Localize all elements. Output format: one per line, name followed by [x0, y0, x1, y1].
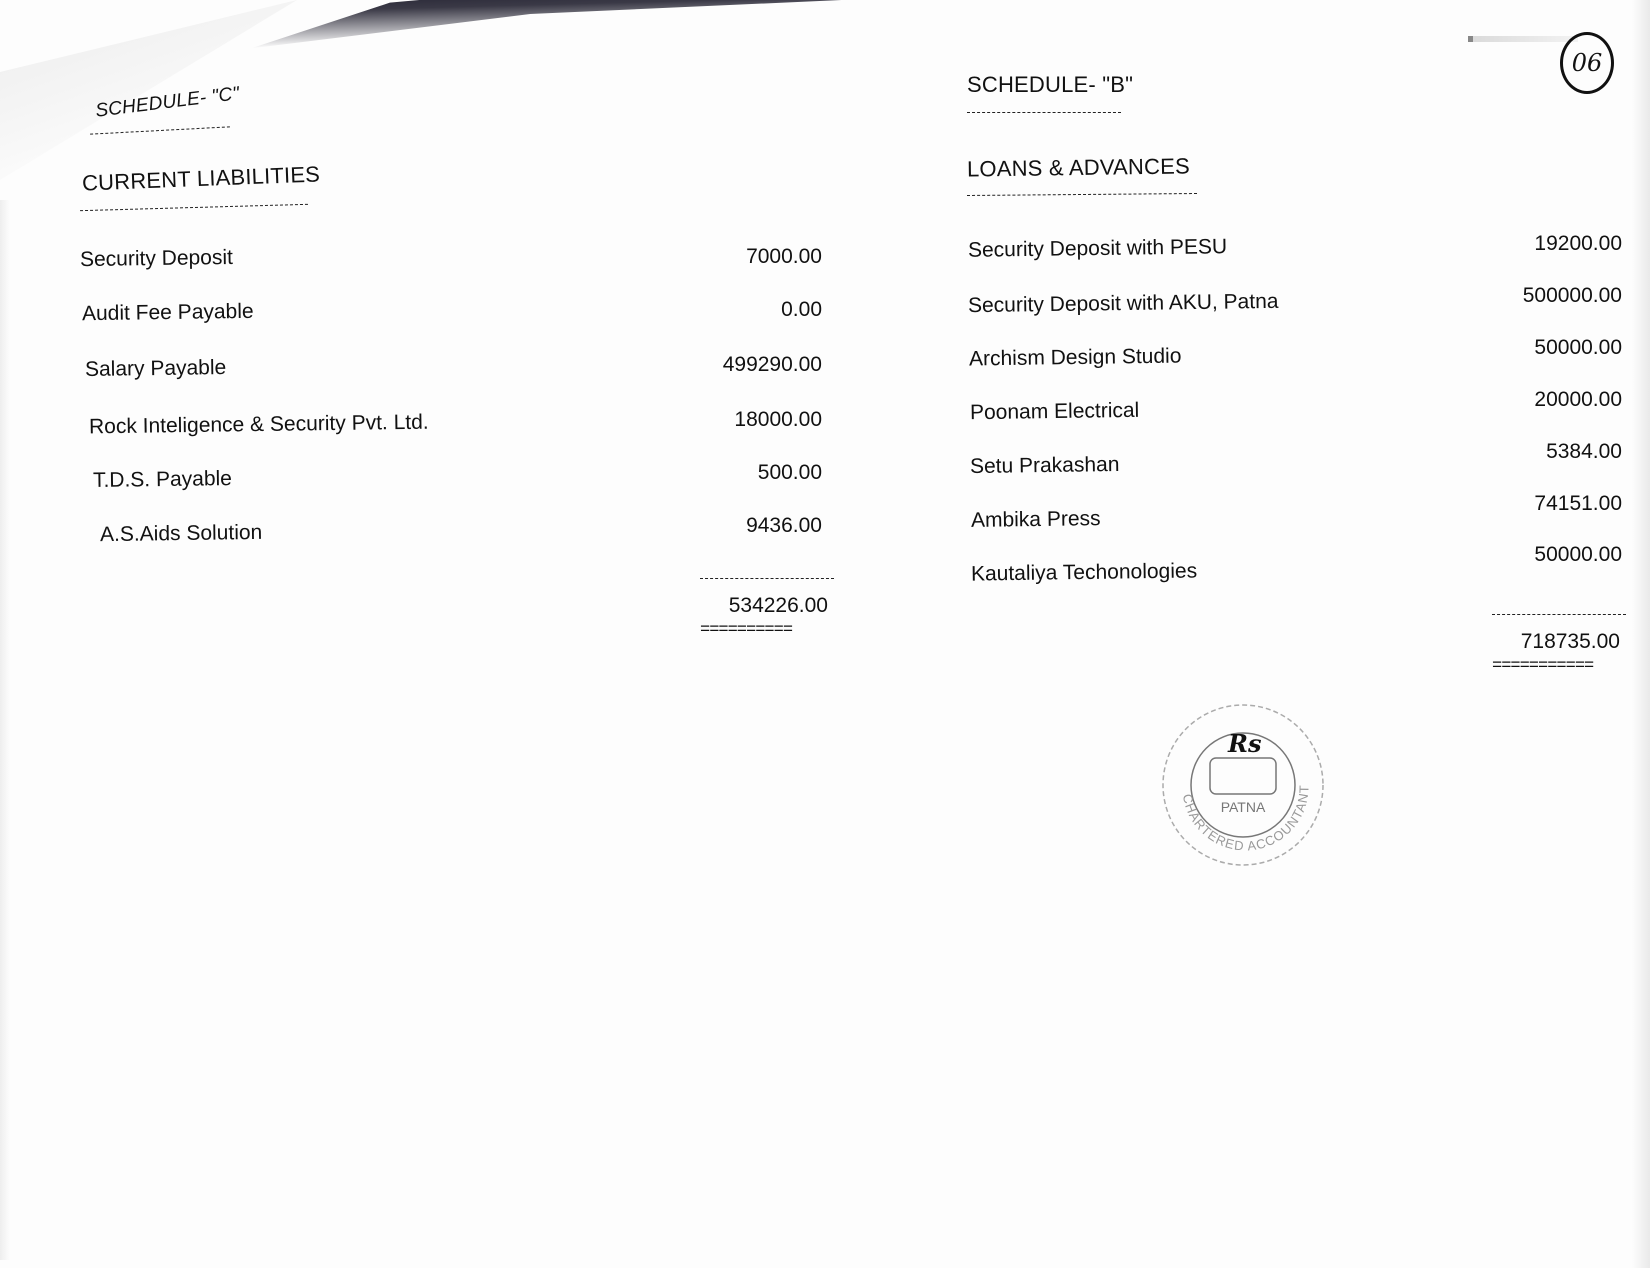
page-number: 06: [1572, 49, 1603, 77]
line-item-amount: 50000.00: [1482, 544, 1622, 565]
line-item-label: Setu Prakashan: [970, 454, 1120, 477]
schedule-c-total-rule: [700, 578, 834, 579]
line-item-amount: 0.00: [682, 299, 822, 320]
schedule-b-title: SCHEDULE- "B": [967, 74, 1133, 96]
line-item-amount: 500000.00: [1482, 285, 1622, 306]
schedule-b-heading-underline: [967, 193, 1197, 196]
line-item-amount: 19200.00: [1482, 233, 1622, 254]
schedule-c-title-underline: [90, 126, 230, 134]
line-item-amount: 9436.00: [682, 515, 822, 536]
line-item-label: Ambika Press: [971, 508, 1101, 531]
line-item-label: Security Deposit with AKU, Patna: [968, 291, 1279, 316]
line-item-amount: 50000.00: [1482, 337, 1622, 358]
schedule-c-total: 534226.00: [700, 595, 828, 616]
line-item-label: Rock Inteligence & Security Pvt. Ltd.: [89, 412, 429, 438]
page-number-circle: 06: [1560, 32, 1614, 94]
top-edge-shadow: [249, 0, 1650, 48]
left-page-edge: [0, 200, 10, 1260]
line-item-amount: 20000.00: [1482, 389, 1622, 410]
line-item-label: Audit Fee Payable: [82, 301, 254, 324]
stamp-text: CHARTERED ACCOUNTANTS: [1158, 700, 1312, 854]
line-item-label: T.D.S. Payable: [93, 468, 232, 491]
schedule-b-heading: LOANS & ADVANCES: [967, 155, 1190, 180]
svg-text:CHARTERED ACCOUNTANTS: CHARTERED ACCOUNTANTS: [1158, 700, 1312, 854]
line-item-amount: 5384.00: [1482, 441, 1622, 462]
schedule-b-title-underline: [967, 112, 1121, 113]
schedule-c-heading-underline: [80, 204, 308, 211]
schedule-c-heading: CURRENT LIABILITIES: [82, 163, 321, 194]
ca-seal-stamp: PATNA CHARTERED ACCOUNTANTS Rs: [1158, 700, 1328, 870]
schedule-b-total-rule: [1492, 614, 1626, 615]
line-item-amount: 18000.00: [682, 409, 822, 430]
line-item-label: Archism Design Studio: [969, 346, 1182, 370]
schedule-c-total-underline: ==========: [700, 622, 792, 639]
stamp-city: PATNA: [1221, 799, 1266, 815]
schedule-b-total-underline: ===========: [1492, 658, 1593, 675]
line-item-amount: 499290.00: [682, 354, 822, 375]
signature-initials: Rs: [1227, 729, 1262, 758]
line-item-label: Security Deposit with PESU: [968, 236, 1227, 261]
line-item-label: Kautaliya Techonologies: [971, 560, 1197, 584]
page-fold-shadow: [0, 0, 330, 180]
line-item-label: A.S.Aids Solution: [100, 522, 263, 545]
line-item-label: Salary Payable: [85, 357, 227, 380]
line-item-label: Security Deposit: [80, 247, 233, 270]
line-item-label: Poonam Electrical: [970, 400, 1140, 423]
scanned-page: 06 SCHEDULE- "C" CURRENT LIABILITIES Sec…: [0, 0, 1650, 1268]
right-page-edge: [1632, 0, 1650, 1268]
schedule-b-total: 718735.00: [1490, 631, 1620, 652]
line-item-amount: 500.00: [682, 462, 822, 483]
line-item-amount: 7000.00: [682, 246, 822, 267]
scan-smudge: [1468, 36, 1578, 42]
line-item-amount: 74151.00: [1482, 493, 1622, 514]
